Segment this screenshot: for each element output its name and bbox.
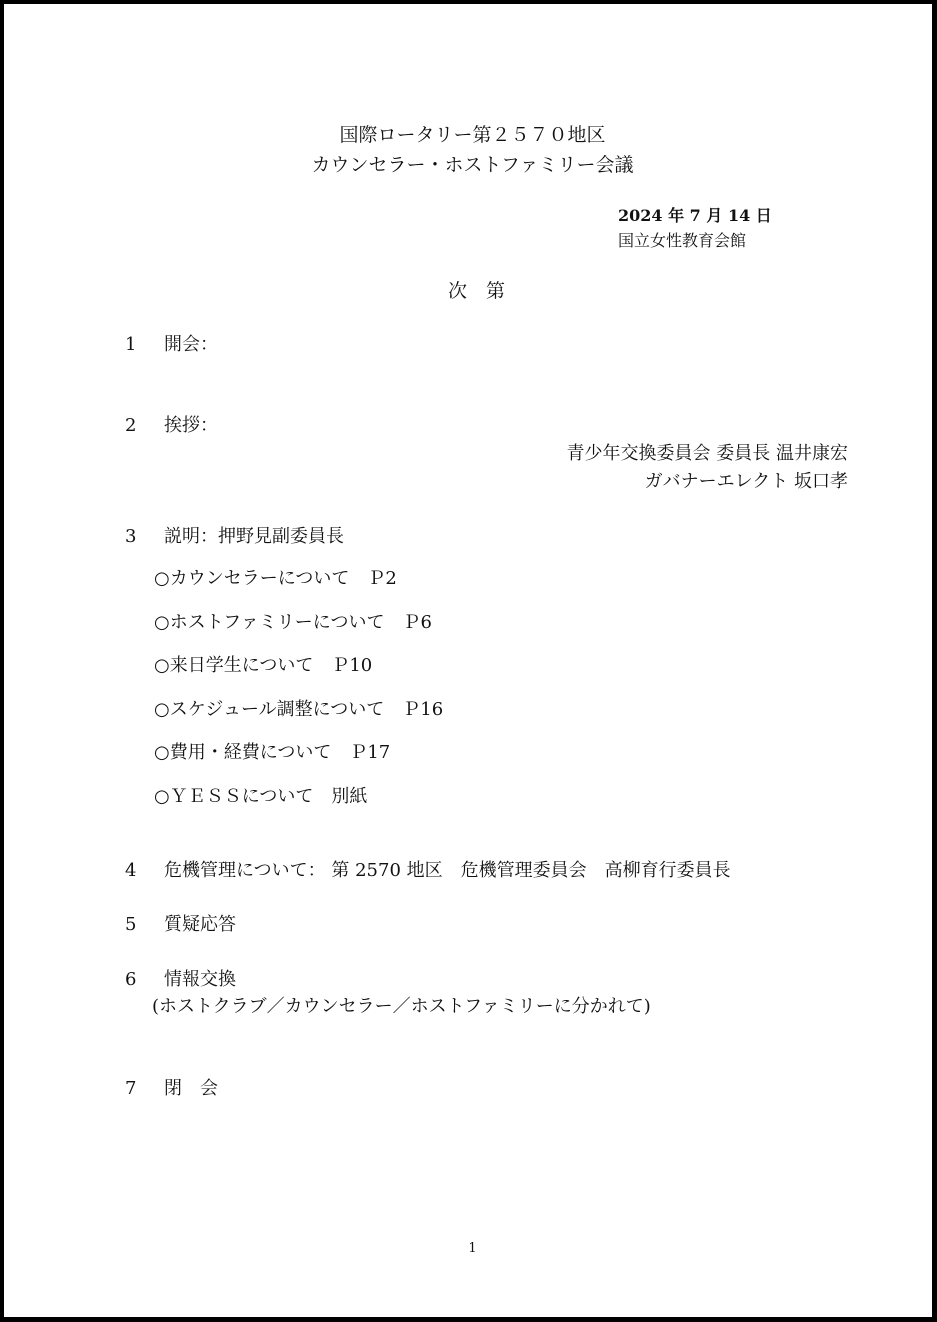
- agenda-item-information-exchange: 6 情報交換: [4, 971, 937, 993]
- document-page: 国際ロータリー第２５７０地区 カウンセラー・ホストファミリー会議 2024 年 …: [0, 0, 937, 1322]
- agenda-item-greeting: 2 挨拶：: [4, 417, 937, 439]
- subitem-host-family: ○ホストファミリーについて Ｐ6: [154, 614, 432, 632]
- agenda-item-label: 情報交換: [164, 971, 236, 989]
- agenda-heading: 次 第: [4, 282, 937, 301]
- subitem-yess: ○ＹＥＳＳについて 別紙: [154, 788, 367, 806]
- agenda-item-number: 2: [125, 417, 136, 435]
- meeting-venue: 国立女性教育会館: [618, 233, 746, 249]
- agenda-item-number: 4: [125, 862, 136, 880]
- agenda-item-number: 1: [125, 336, 136, 354]
- agenda-item-crisis-management: 4 危機管理について： 第 2570 地区 危機管理委員会 高柳育行委員長: [4, 862, 937, 884]
- information-exchange-note: (ホストクラブ／カウンセラー／ホストファミリーに分かれて): [152, 998, 651, 1016]
- speaker-committee-chair: 青少年交換委員会 委員長 温井康宏: [567, 445, 848, 463]
- agenda-item-label: 危機管理について： 第 2570 地区 危機管理委員会 高柳育行委員長: [164, 862, 731, 880]
- agenda-item-number: 3: [125, 528, 136, 546]
- subitem-counselor: ○カウンセラーについて Ｐ2: [154, 570, 397, 588]
- agenda-item-label: 説明：押野見副委員長: [164, 528, 344, 546]
- document-title-line2: カウンセラー・ホストファミリー会議: [4, 156, 937, 175]
- speaker-governor-elect: ガバナーエレクト 坂口孝: [645, 473, 848, 491]
- page-number: 1: [4, 1242, 937, 1255]
- agenda-item-label: 質疑応答: [164, 916, 236, 934]
- subitem-inbound-students: ○来日学生について Ｐ10: [154, 657, 372, 675]
- subitem-schedule: ○スケジュール調整について Ｐ16: [154, 701, 443, 719]
- agenda-item-qa: 5 質疑応答: [4, 916, 937, 938]
- subitem-expenses: ○費用・経費について Ｐ17: [154, 744, 390, 762]
- agenda-item-closing: 7 閉 会: [4, 1080, 937, 1102]
- agenda-item-opening: 1 開会：: [4, 336, 937, 358]
- agenda-item-label: 挨拶：: [164, 417, 218, 435]
- agenda-item-label: 閉 会: [164, 1080, 218, 1098]
- document-title-line1: 国際ロータリー第２５７０地区: [4, 126, 937, 145]
- agenda-item-number: 7: [125, 1080, 136, 1098]
- agenda-item-number: 6: [125, 971, 136, 989]
- meeting-date: 2024 年 7 月 14 日: [618, 208, 772, 224]
- agenda-item-explanation: 3 説明：押野見副委員長: [4, 528, 937, 550]
- agenda-item-label: 開会：: [164, 336, 218, 354]
- agenda-item-number: 5: [125, 916, 136, 934]
